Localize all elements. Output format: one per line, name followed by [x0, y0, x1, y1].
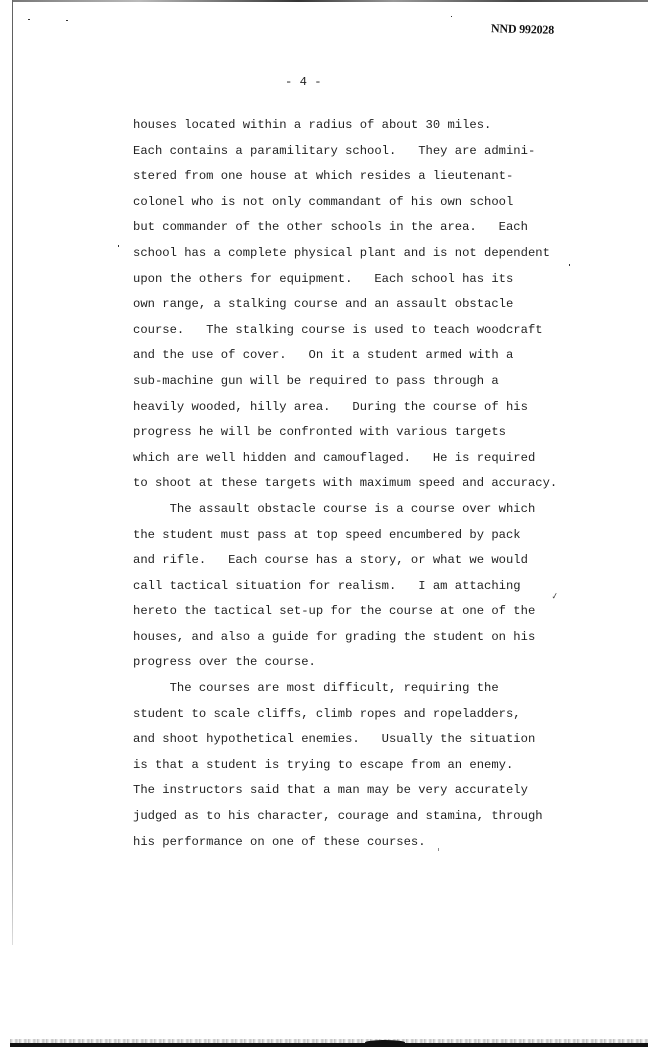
text-line: hereto the tactical set-up for the cours…	[133, 599, 557, 625]
text-line: and shoot hypothetical enemies. Usually …	[133, 727, 557, 753]
archive-reference-code: NND 992028	[491, 21, 554, 38]
scan-speck	[118, 245, 119, 247]
text-line: stered from one house at which resides a…	[133, 164, 557, 190]
text-line: The assault obstacle course is a course …	[133, 497, 557, 523]
scan-left-edge	[12, 0, 13, 945]
scan-bottom-edge	[10, 1043, 648, 1047]
text-line: is that a student is trying to escape fr…	[133, 753, 557, 779]
check-mark-icon: ✓	[551, 591, 559, 604]
text-line: The courses are most difficult, requirin…	[133, 676, 557, 702]
text-line: sub-machine gun will be required to pass…	[133, 369, 557, 395]
text-line: the student must pass at top speed encum…	[133, 523, 557, 549]
typewritten-body: houses located within a radius of about …	[133, 113, 557, 855]
text-line: upon the others for equipment. Each scho…	[133, 267, 557, 293]
text-line: progress he will be confronted with vari…	[133, 420, 557, 446]
text-line: The instructors said that a man may be v…	[133, 778, 557, 804]
text-line: school has a complete physical plant and…	[133, 241, 557, 267]
scan-speck	[451, 16, 452, 17]
scan-bottom-artifact	[365, 1040, 405, 1045]
text-line: and the use of cover. On it a student ar…	[133, 343, 557, 369]
text-line: judged as to his character, courage and …	[133, 804, 557, 830]
page-number: - 4 -	[285, 75, 322, 89]
document-page: NND 992028 - 4 - houses located within a…	[0, 0, 648, 1050]
text-line: colonel who is not only commandant of hi…	[133, 190, 557, 216]
scan-speck	[66, 20, 68, 21]
text-line: to shoot at these targets with maximum s…	[133, 471, 557, 497]
text-line: Each contains a paramilitary school. The…	[133, 139, 557, 165]
scan-speck	[28, 19, 30, 20]
text-line: course. The stalking course is used to t…	[133, 318, 557, 344]
text-line: which are well hidden and camouflaged. H…	[133, 446, 557, 472]
text-line: call tactical situation for realism. I a…	[133, 574, 557, 600]
text-line: houses, and also a guide for grading the…	[133, 625, 557, 651]
text-line: and rifle. Each course has a story, or w…	[133, 548, 557, 574]
text-line: own range, a stalking course and an assa…	[133, 292, 557, 318]
text-line: student to scale cliffs, climb ropes and…	[133, 702, 557, 728]
text-line: heavily wooded, hilly area. During the c…	[133, 395, 557, 421]
text-line: but commander of the other schools in th…	[133, 215, 557, 241]
text-line: houses located within a radius of about …	[133, 113, 557, 139]
scan-speck	[569, 264, 570, 266]
scan-top-edge	[12, 0, 648, 2]
text-line: progress over the course.	[133, 650, 557, 676]
text-line: his performance on one of these courses.	[133, 830, 557, 856]
